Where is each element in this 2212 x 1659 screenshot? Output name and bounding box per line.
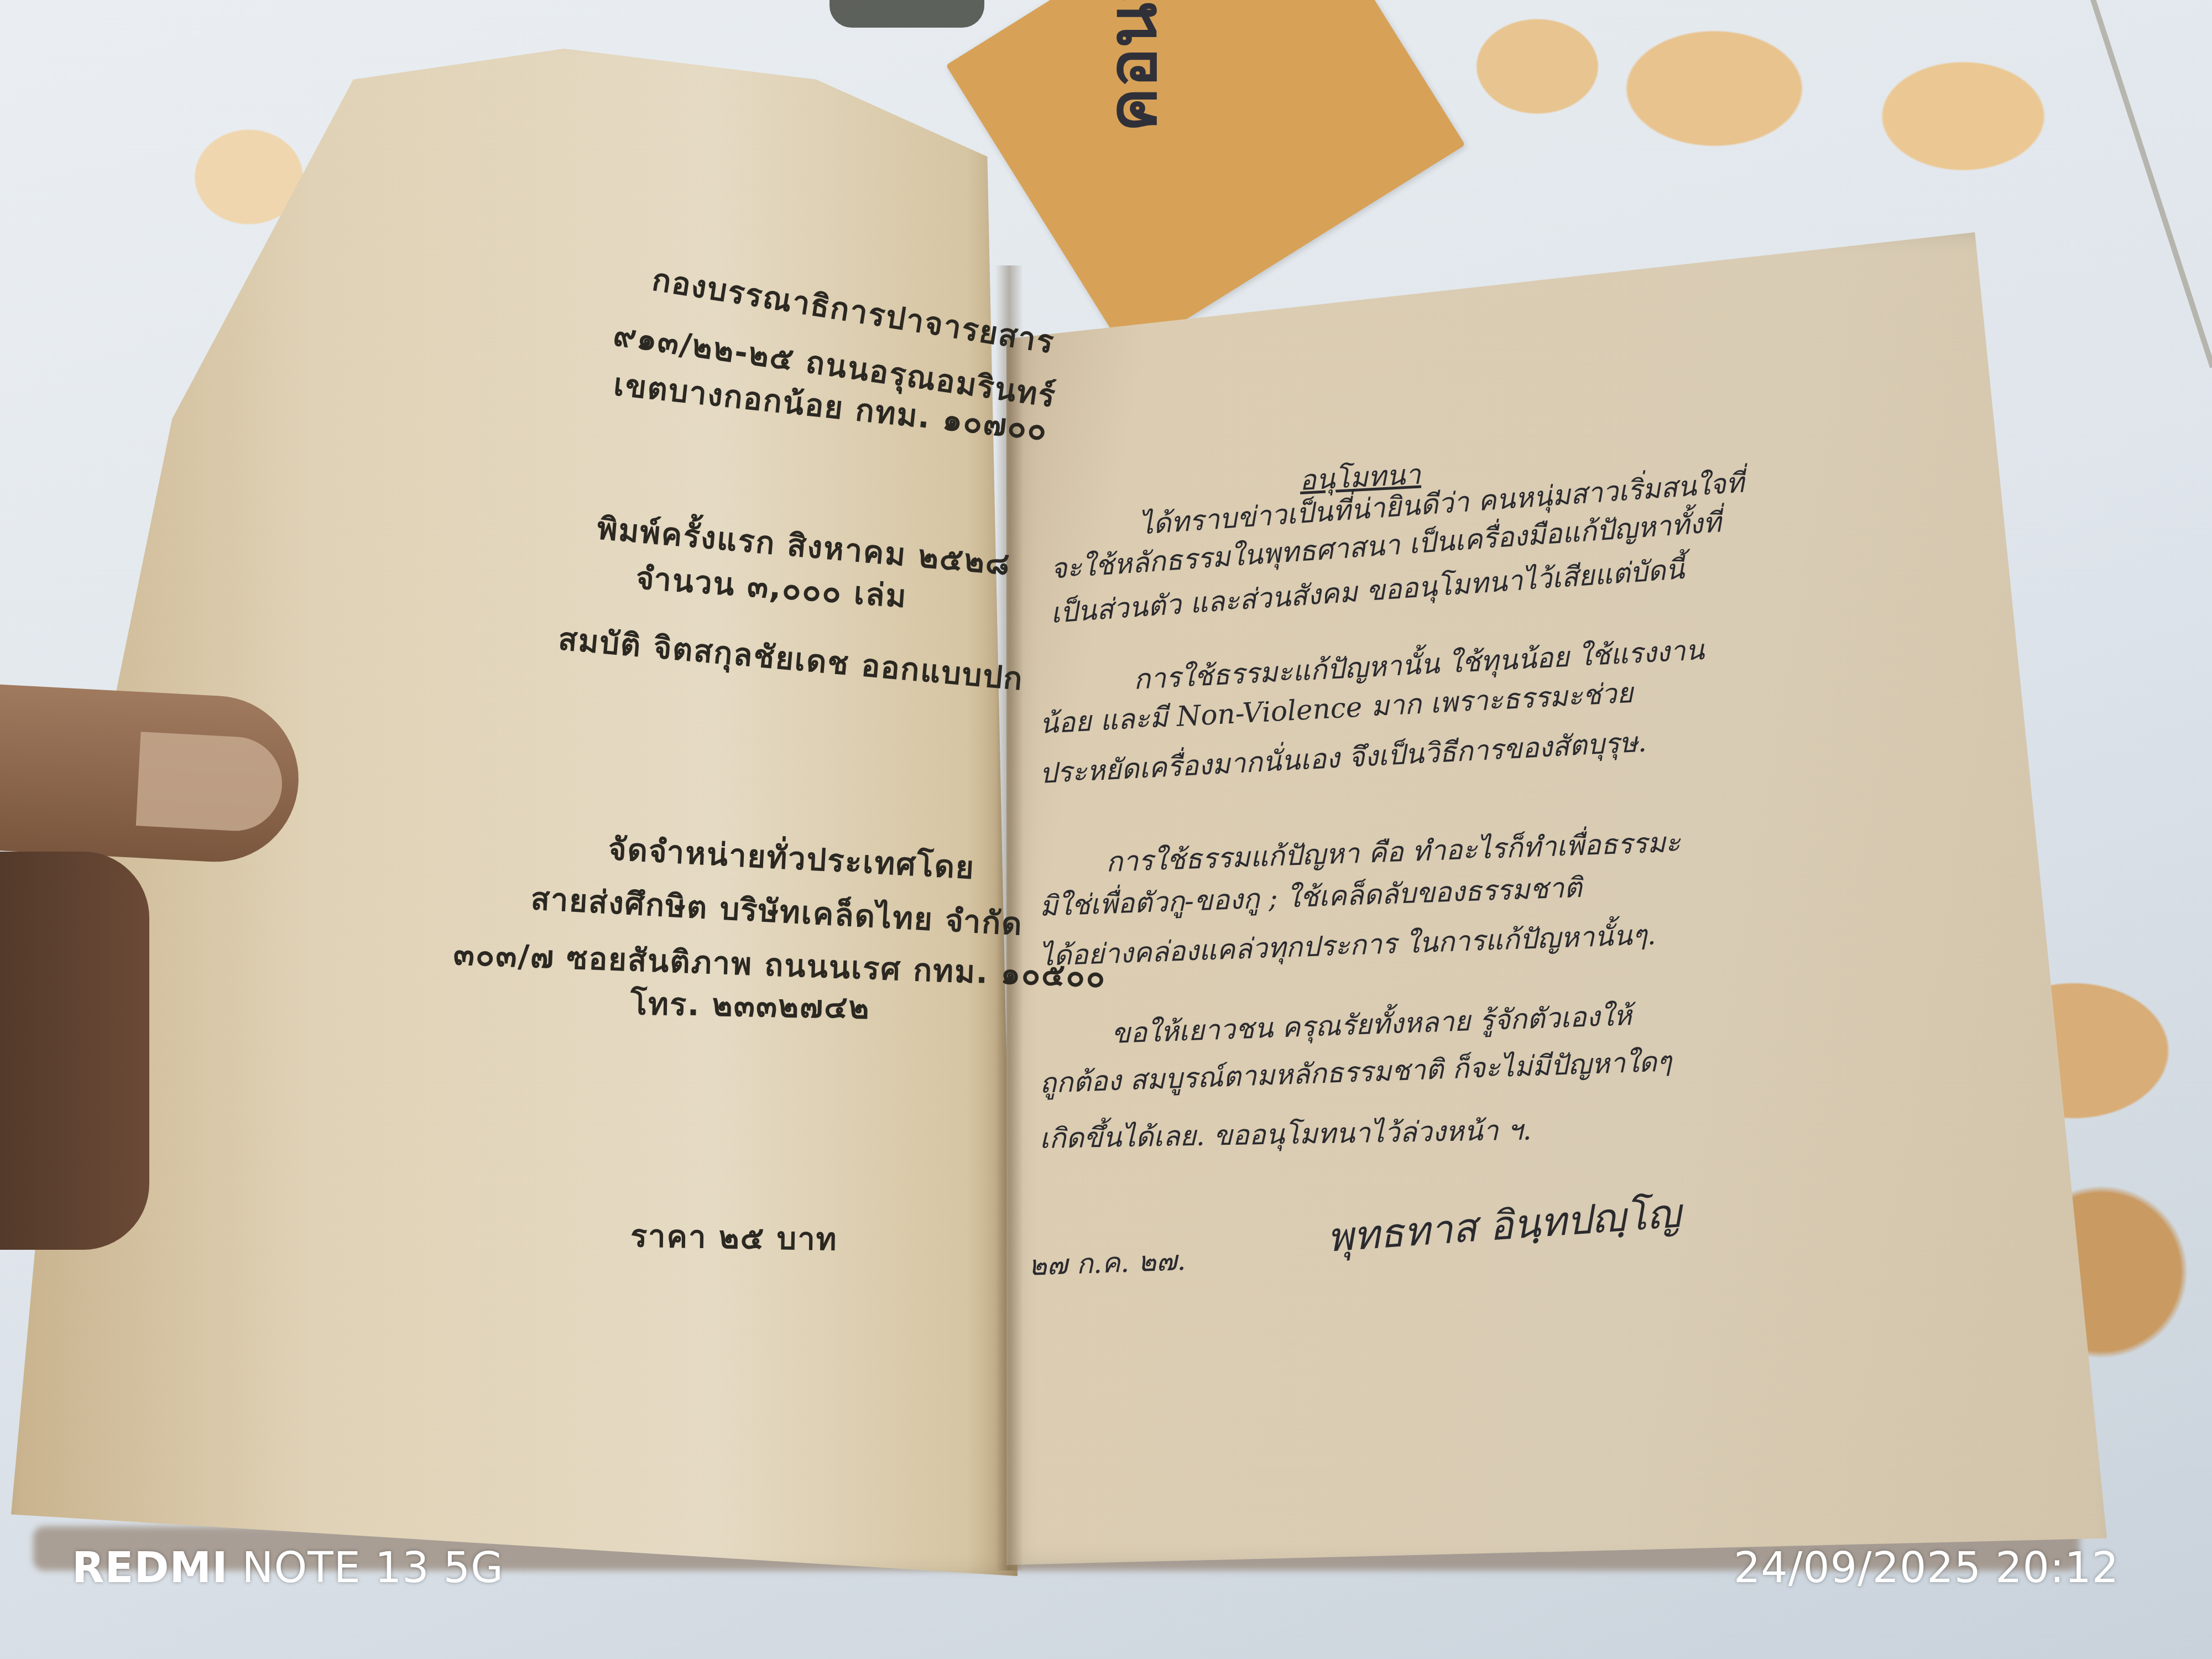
thumbnail-nail: [136, 732, 285, 833]
distributor-phone: โทร. ๒๓๓๒๗๔๒: [630, 979, 870, 1032]
open-book: กองบรรณาธิการปาจารยสาร ๙๑๓/๒๒-๒๕ ถนนอรุณ…: [0, 0, 2212, 1659]
holding-hand: [0, 852, 149, 1250]
book-price: ราคา ๒๕ บาท: [630, 1211, 838, 1264]
brand-name: REDMI: [72, 1543, 228, 1592]
handwritten-date: ๒๗ ก.ค. ๒๗.: [1028, 1239, 1187, 1288]
foreword-line: เกิดขึ้นได้เลย. ขออนุโมทนาไว้ล่วงหน้า ฯ.: [1039, 1108, 1532, 1161]
camera-watermark-brand: REDMI NOTE 13 5G: [72, 1543, 504, 1592]
camera-watermark-timestamp: 24/09/2025 20:12: [1734, 1543, 2119, 1592]
model-name: NOTE 13 5G: [242, 1543, 504, 1592]
